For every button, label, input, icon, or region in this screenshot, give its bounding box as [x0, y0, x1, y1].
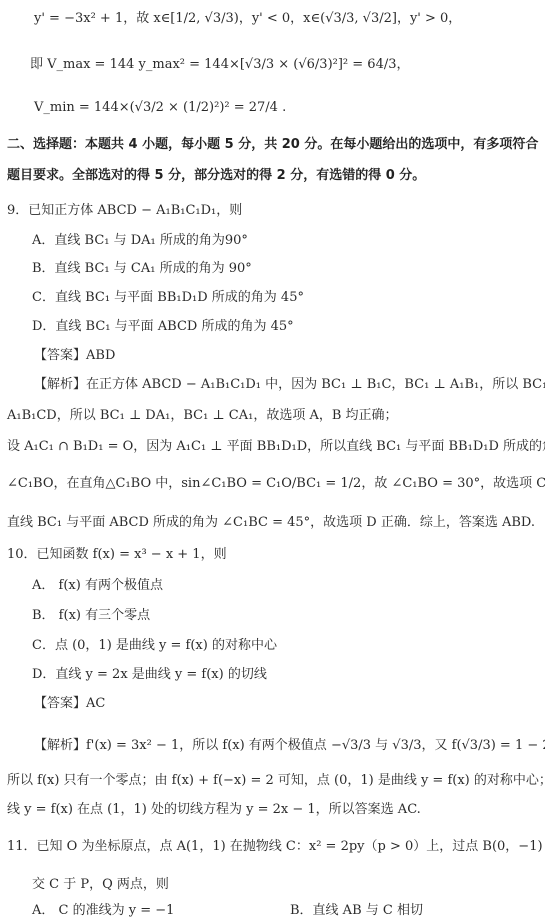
q9-analysis-line-4: ∠C₁BO，在直角△C₁BO 中，sin∠C₁BO = C₁O/BC₁ = 1/… — [7, 475, 545, 493]
q9-answer: 【答案】ABD — [34, 347, 115, 365]
prev-solution-line-3: V_min = 144×(√3/2 × (1/2)²)² = 27/4 . — [34, 99, 286, 117]
q10-analysis-line-3: 线 y = f(x) 在点 (1，1) 处的切线方程为 y = 2x − 1，所… — [7, 801, 421, 819]
q11-option-b: B．直线 AB 与 C 相切 — [290, 902, 423, 920]
section-header-line-1: 二、选择题：本题共 4 小题，每小题 5 分，共 20 分。在每小题给出的选项中… — [7, 136, 538, 154]
q9-analysis-line-1: 【解析】在正方体 ABCD − A₁B₁C₁D₁ 中，因为 BC₁ ⊥ B₁C，… — [34, 376, 545, 394]
q9-analysis-line-2: A₁B₁CD，所以 BC₁ ⊥ DA₁，BC₁ ⊥ CA₁，故选项 A，B 均正… — [7, 407, 398, 425]
q10-option-b: B． f(x) 有三个零点 — [32, 607, 150, 625]
q10-option-c: C．点 (0，1) 是曲线 y = f(x) 的对称中心 — [32, 637, 277, 655]
q11-option-a: A． C 的准线为 y = −1 — [32, 902, 174, 920]
q9-option-c: C．直线 BC₁ 与平面 BB₁D₁D 所成的角为 45° — [32, 289, 304, 307]
q9-stem: 9．已知正方体 ABCD − A₁B₁C₁D₁，则 — [7, 202, 242, 220]
q10-analysis-line-1: 【解析】f'(x) = 3x² − 1，所以 f(x) 有两个极值点 −√3/3… — [34, 737, 545, 755]
q10-option-d: D．直线 y = 2x 是曲线 y = f(x) 的切线 — [32, 666, 267, 684]
q11-stem-line-2: 交 C 于 P，Q 两点，则 — [32, 876, 169, 894]
q10-answer: 【答案】AC — [34, 695, 105, 713]
q11-stem-line-1: 11．已知 O 为坐标原点，点 A(1，1) 在抛物线 C：x² = 2py（p… — [7, 838, 545, 856]
q9-option-b: B．直线 BC₁ 与 CA₁ 所成的角为 90° — [32, 260, 252, 278]
prev-solution-line-1: y' = −3x² + 1，故 x∈[1/2, √3/3)，y' < 0，x∈(… — [34, 10, 461, 28]
q9-option-a: A．直线 BC₁ 与 DA₁ 所成的角为90° — [32, 232, 248, 250]
q10-stem: 10．已知函数 f(x) = x³ − x + 1，则 — [7, 546, 227, 564]
q9-option-d: D．直线 BC₁ 与平面 ABCD 所成的角为 45° — [32, 318, 294, 336]
q9-analysis-line-5: 直线 BC₁ 与平面 ABCD 所成的角为 ∠C₁BC = 45°，故选项 D … — [7, 514, 535, 532]
prev-solution-line-2: 即 V_max = 144 y_max² = 144×[√3/3 × (√6/3… — [30, 56, 410, 74]
section-header-line-2: 题目要求。全部选对的得 5 分，部分选对的得 2 分，有选错的得 0 分。 — [7, 167, 425, 185]
q10-option-a: A． f(x) 有两个极值点 — [32, 577, 163, 595]
q9-analysis-line-3: 设 A₁C₁ ∩ B₁D₁ = O，因为 A₁C₁ ⊥ 平面 BB₁D₁D，所以… — [7, 438, 545, 456]
q10-analysis-line-2: 所以 f(x) 只有一个零点；由 f(x) + f(−x) = 2 可知，点 (… — [7, 772, 545, 790]
